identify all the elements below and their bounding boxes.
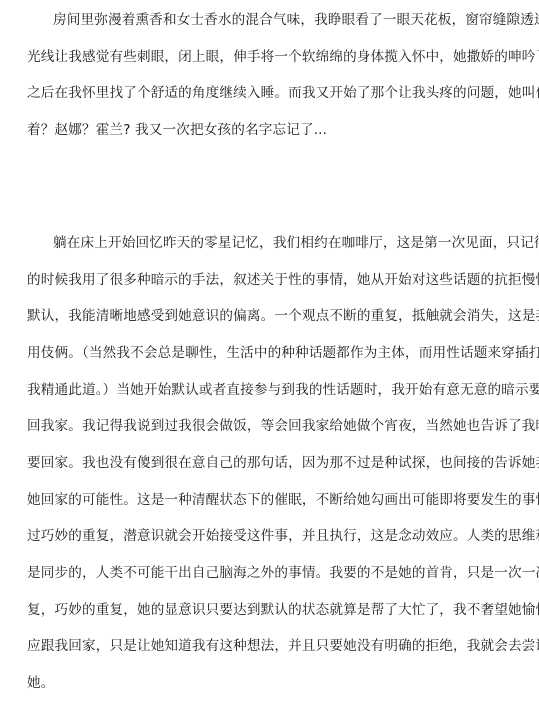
paragraph-line: 光线让我感觉有些刺眼，闭上眼，伸手将一个软绵绵的身体揽入怀中，她撒娇的呻吟了两声 [27,39,519,76]
paragraph-line: 复，巧妙的重复，她的显意识只要达到默认的状态就算是帮了大忙了，我不奢望她愉快的答 [27,592,519,629]
paragraph-line: 她回家的可能性。这是一种清醒状态下的催眠，不断给她勾画出可能即将要发生的事情，通 [27,482,519,519]
paragraph-line: 过巧妙的重复，潜意识就会开始接受这件事，并且执行，这是念动效应。人类的思维和行为 [27,518,519,555]
paragraph-line: 的时候我用了很多种暗示的手法，叙述关于性的事情，她从开始对这些话题的抗拒慢慢变为 [27,262,519,299]
paragraph-line: 是同步的，人类不可能干出自己脑海之外的事情。我要的不是她的首肯，只是一次一次的重 [27,555,519,592]
paragraph-line: 房间里弥漫着熏香和女士香水的混合气味，我睁眼看了一眼天花板，窗帘缝隙透进来的 [27,2,519,39]
paragraph-2: 躺在床上开始回忆昨天的零星记忆，我们相约在咖啡厅，这是第一次见面，只记得约会 的… [27,225,519,702]
paragraph-1: 房间里弥漫着熏香和女士香水的混合气味，我睁眼看了一眼天花板，窗帘缝隙透进来的 光… [27,2,519,149]
paragraph-line: 应跟我回家，只是让她知道我有这种想法，并且只要她没有明确的拒绝，我就会去尝试引领 [27,628,519,665]
paragraph-line: 她。 [27,665,519,702]
paragraph-line: 默认，我能清晰地感受到她意识的偏离。一个观点不断的重复，抵触就会消失，这是我的惯 [27,298,519,335]
paragraph-line: 着？赵娜？霍兰? 我又一次把女孩的名字忘记了... [27,112,519,149]
paragraph-line: 之后在我怀里找了个舒适的角度继续入睡。而我又开始了那个让我头疼的问题，她叫什么来 [27,75,519,112]
paragraph-line: 用伎俩。（当然我不会总是聊性，生活中的种种话题都作为主体，而用性话题来穿插打线， [27,335,519,372]
paragraph-line: 躺在床上开始回忆昨天的零星记忆，我们相约在咖啡厅，这是第一次见面，只记得约会 [27,225,519,262]
paragraph-line: 回我家。我记得我说到过我很会做饭，等会回我家给她做个宵夜，当然她也告诉了我晚上她 [27,408,519,445]
paragraph-line: 我精通此道。）当她开始默认或者直接参与到我的性话题时，我开始有意无意的暗示要带她 [27,372,519,409]
paragraph-line: 要回家。我也没有傻到很在意自己的那句话，因为那不过是种试探，也间接的告诉她我有带 [27,445,519,482]
